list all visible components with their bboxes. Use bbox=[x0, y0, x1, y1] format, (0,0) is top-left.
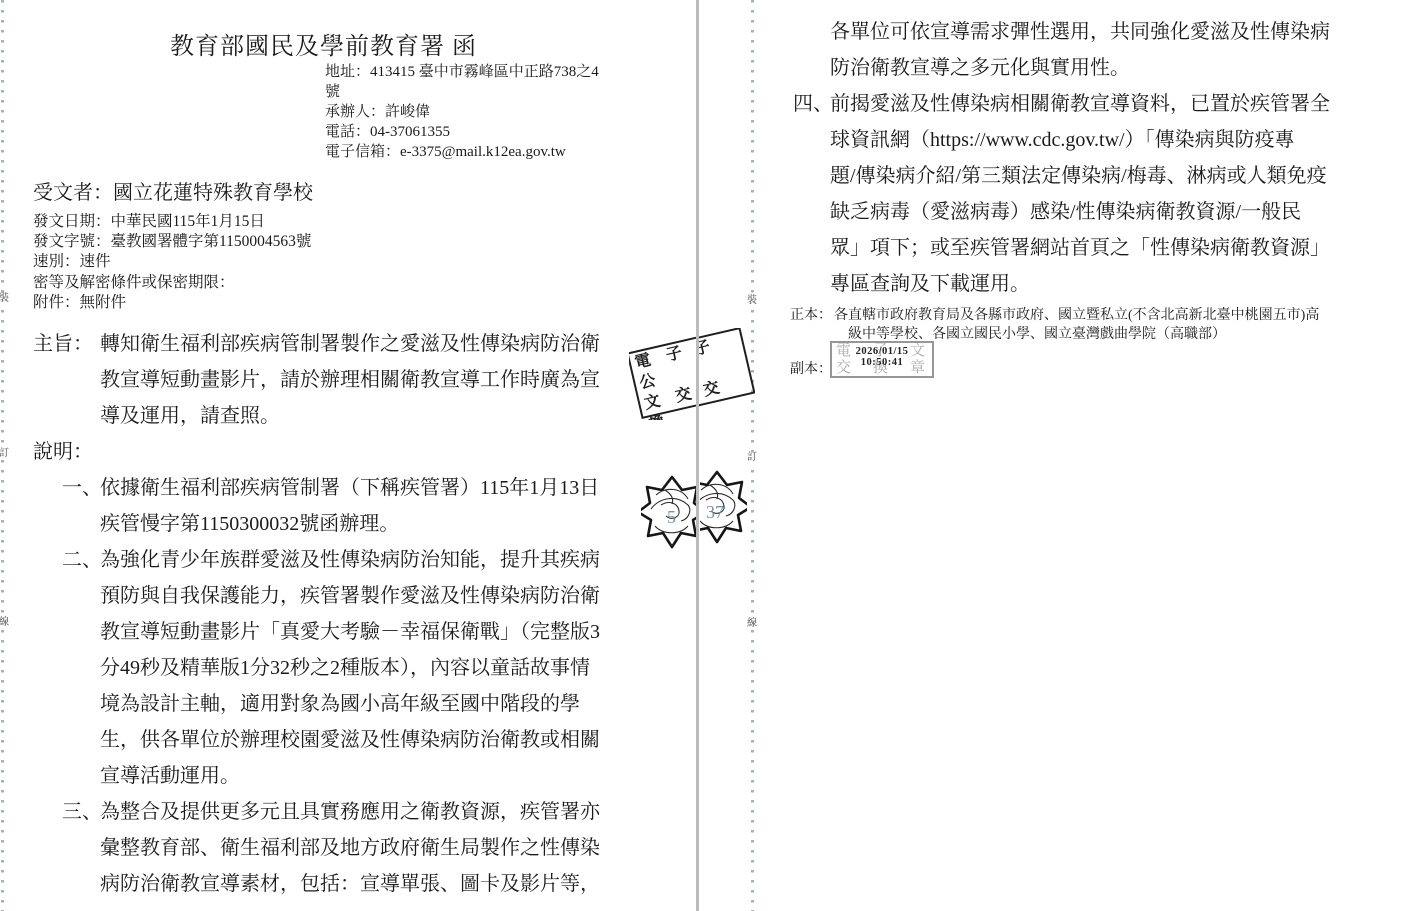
electronic-exchange-stamp: 電子文 交換章 2026/01/15 10:50:41 bbox=[830, 341, 934, 378]
item3-line: 防治衛教宣導之多元化與實用性。 bbox=[793, 50, 1403, 86]
issue-date: 發文日期：中華民國115年1月15日 bbox=[33, 212, 311, 232]
page-seal-stamp: 電子公 文交換 騎縫章 bbox=[699, 328, 755, 413]
recipient-line: 受文者：國立花蓮特殊教育學校 bbox=[33, 176, 313, 205]
sender-info-block: 地址：413415 臺中市霧峰區中正路738之4 號 承辦人：許峻偉 電話：04… bbox=[325, 62, 599, 162]
item1-marker: 一、 bbox=[62, 470, 102, 506]
subject-label: 主旨： bbox=[33, 326, 93, 362]
star-seal-number: 5 bbox=[667, 507, 676, 527]
item2-line: 二、為強化青少年族群愛滋及性傳染病防治知能，提升其疾病 bbox=[33, 542, 693, 578]
item4-line: 球資訊網（https://www.cdc.gov.tw/）「傳染病與防疫專 bbox=[793, 122, 1403, 158]
item2-line: 宣導活動運用。 bbox=[33, 758, 693, 794]
subject-line: 教宣導短動畫影片，請於辦理相關衛教宣導工作時廣為宣 bbox=[33, 362, 693, 398]
item2-line: 教宣導短動畫影片「真愛大考驗－幸福保衛戰」（完整版3 bbox=[33, 614, 693, 650]
item4-line: 眾」項下；或至疾管署網站首頁之「性傳染病衛教資源」 bbox=[793, 230, 1403, 266]
exchange-stamp-date: 2026/01/15 bbox=[832, 346, 932, 357]
item2-line: 預防與自我保護能力，疾管署製作愛滋及性傳染病防治衛 bbox=[33, 578, 693, 614]
item3-line: 彙整教育部、衛生福利部及地方政府衛生局製作之性傳染 bbox=[33, 830, 693, 866]
attachment-info: 附件：無附件 bbox=[33, 293, 311, 313]
item1-line: 一、依據衛生福利部疾病管制署（下稱疾管署）115年1月13日 bbox=[33, 470, 693, 506]
cc-label: 副本： bbox=[790, 360, 832, 379]
item4-line: 題/傳染病介紹/第三類法定傳染病/梅毒、淋病或人類免疫 bbox=[793, 158, 1403, 194]
letter-title: 教育部國民及學前教育署 函 bbox=[170, 26, 477, 61]
sender-email: 電子信箱：e-3375@mail.k12ea.gov.tw bbox=[325, 142, 599, 162]
exchange-stamp-timestamp: 2026/01/15 10:50:41 bbox=[832, 343, 932, 368]
star-seal-graphic: 37 bbox=[700, 469, 747, 545]
item1-line: 疾管慢字第1150300032號函辦理。 bbox=[33, 506, 693, 542]
item4-line: 缺乏病毒（愛滋病毒）感染/性傳染病衛教資源/一般民 bbox=[793, 194, 1403, 230]
item3-marker: 三、 bbox=[62, 794, 102, 830]
original-label: 正本： bbox=[790, 306, 832, 325]
subject-line: 主旨：轉知衛生福利部疾病管制署製作之愛滋及性傳染病防治衛 bbox=[33, 326, 693, 362]
star-seal-number: 37 bbox=[706, 502, 724, 522]
page-seal-stamp: 電子公 文交換 騎縫章 bbox=[629, 334, 696, 419]
page-2: 裝 訂 線 各單位可依宣導需求彈性選用，共同強化愛滋及性傳染病 防治衛教宣導之多… bbox=[699, 0, 1412, 911]
page2-body: 各單位可依宣導需求彈性選用，共同強化愛滋及性傳染病 防治衛教宣導之多元化與實用性… bbox=[793, 14, 1403, 302]
description-heading: 說明： bbox=[33, 434, 693, 470]
sender-address-line2: 號 bbox=[325, 82, 599, 102]
item2-marker: 二、 bbox=[62, 542, 102, 578]
star-seal-graphic: 5 bbox=[641, 474, 696, 550]
page1-body: 主旨：轉知衛生福利部疾病管制署製作之愛滋及性傳染病防治衛 教宣導短動畫影片，請於… bbox=[33, 326, 693, 902]
sender-address-line1: 地址：413415 臺中市霧峰區中正路738之4 bbox=[325, 62, 599, 82]
binding-char-xian: 線 bbox=[745, 618, 759, 629]
star-seal-left: 5 bbox=[641, 474, 696, 552]
page-seal-stamp-left-half: 電子公 文交換 騎縫章 bbox=[629, 334, 696, 420]
sender-phone: 電話：04-37061355 bbox=[325, 122, 599, 142]
binding-char-ding: 訂 bbox=[745, 452, 759, 463]
subject-line: 導及運用，請查照。 bbox=[33, 398, 693, 434]
binding-char-zhuang: 裝 bbox=[0, 293, 11, 304]
document-meta-block: 發文日期：中華民國115年1月15日 發文字號：臺教國署體字第115000456… bbox=[33, 212, 311, 313]
issue-number: 發文字號：臺教國署體字第1150004563號 bbox=[33, 232, 311, 252]
item3-line: 三、為整合及提供更多元且具實務應用之衛教資源，疾管署亦 bbox=[33, 794, 693, 830]
binding-char-ding: 訂 bbox=[0, 448, 11, 459]
sender-contact-person: 承辦人：許峻偉 bbox=[325, 102, 599, 122]
item2-line: 境為設計主軸，適用對象為國小高年級至國中階段的學 bbox=[33, 686, 693, 722]
binding-char-zhuang: 裝 bbox=[745, 295, 759, 306]
binding-char-xian: 線 bbox=[0, 617, 11, 628]
item4-line: 四、前揭愛滋及性傳染病相關衛教宣導資料，已置於疾管署全 bbox=[793, 86, 1403, 122]
item4-marker: 四、 bbox=[793, 86, 833, 122]
item3-line: 各單位可依宣導需求彈性選用，共同強化愛滋及性傳染病 bbox=[793, 14, 1403, 50]
item3-line: 病防治衛教宣導素材，包括：宣導單張、圖卡及影片等， bbox=[33, 866, 693, 902]
speed-class: 速別：速件 bbox=[33, 252, 311, 272]
item2-line: 分49秒及精華版1分32秒之2種版本），內容以童話故事情 bbox=[33, 650, 693, 686]
exchange-stamp-time: 10:50:41 bbox=[832, 357, 932, 368]
item2-line: 生，供各單位於辦理校園愛滋及性傳染病防治衛教或相關 bbox=[33, 722, 693, 758]
original-copy-line: 正本：各直轄市政府教育局及各縣市政府、國立暨私立(不含北高新北臺中桃園五市)高 bbox=[790, 306, 1410, 325]
document-viewer: { "page1": { "title": "教育部國民及學前教育署 函", "… bbox=[0, 0, 1412, 911]
star-seal-right: 37 bbox=[700, 469, 747, 547]
page-seal-stamp-right-half: 電子公 文交換 騎縫章 bbox=[699, 328, 755, 414]
item4-line: 專區查詢及下載運用。 bbox=[793, 266, 1403, 302]
page-1: 裝 訂 線 教育部國民及學前教育署 函 地址：413415 臺中市霧峰區中正路7… bbox=[0, 0, 696, 911]
security-class: 密等及解密條件或保密期限： bbox=[33, 273, 311, 293]
